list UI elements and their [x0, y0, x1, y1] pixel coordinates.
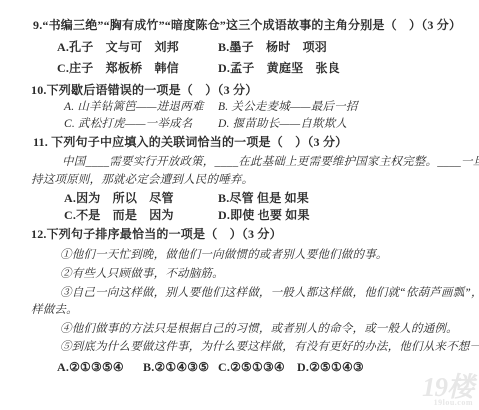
q11-stem: 11. 下列句子中应填入的关联词恰当的一项是（ ）（3 分）: [33, 136, 347, 150]
q11-option-b: B.尽管 但是 如果: [218, 192, 309, 206]
q12-sentence-1: ①他们一天忙到晚，做他们一向做惯的或者别人要他们做的事。: [60, 249, 388, 262]
q10-option-a: A. 山羊钻篱笆——进退两难: [64, 101, 204, 114]
exam-paper-page: 9.“书编三绝”“胸有成竹”“暗度陈仓”这三个成语故事的主角分别是（ ）（3 分…: [0, 0, 479, 410]
q12-option-b: B.②①④③⑤: [143, 361, 209, 375]
q11-option-c: C.不是 而是 因为: [64, 209, 174, 223]
q9-stem: 9.“书编三绝”“胸有成竹”“暗度陈仓”这三个成语故事的主角分别是（ ）（3 分…: [33, 19, 461, 33]
q9-option-a: A.孔子 文与可 刘邦: [57, 41, 179, 55]
q9-option-d: D.孟子 黄庭坚 张良: [218, 62, 340, 76]
q10-stem: 10.下列歇后语错误的一项是（ ）（3 分）: [31, 84, 257, 98]
q11-option-d: D.即使 也要 如果: [218, 209, 310, 223]
watermark-19lou-logo: 19楼 19lou.com: [422, 375, 473, 406]
q10-option-d: D. 揠苗助长——自欺欺人: [218, 118, 347, 131]
q12-sentence-3: ③自己一向这样做，别人要他们这样做，一般人都这样做，他们就“依葫芦画瓢”，照: [60, 287, 479, 300]
q12-stem: 12.下列句子排序最恰当的一项是（ ）（3 分）: [31, 228, 282, 242]
q10-option-c: C. 武松打虎——一举成名: [64, 118, 192, 131]
q12-sentence-3-continued: 样做去。: [31, 304, 78, 317]
q12-option-c: C.②⑤①③④: [218, 361, 285, 375]
q12-sentence-4: ④他们做事的方法只是根据自己的习惯，或者别人的命令，或一般人的通例。: [60, 323, 458, 336]
q12-option-d: D.②⑤①④③: [297, 361, 364, 375]
q10-option-b: B. 关公走麦城——最后一招: [218, 101, 358, 114]
watermark-title: 19楼: [422, 375, 473, 399]
q12-option-a: A.②①③⑤④: [57, 361, 124, 375]
q9-option-c: C.庄子 郑板桥 韩信: [57, 62, 179, 76]
q9-option-b: B.墨子 杨时 项羽: [218, 41, 327, 55]
q11-passage-line1: 中国____需要实行开放政策，____在此基础上更需要维护国家主权完整。____…: [62, 156, 479, 169]
q12-sentence-5: ⑤到底为什么要做这件事，为什么要这样做，有没有更好的办法，他们从来不想一想。: [60, 341, 479, 354]
q11-passage-line2: 持这项原则，那就必定会遭到人民的唾弃。: [31, 174, 253, 187]
q12-sentence-2: ②有些人只顾做事，不动脑筋。: [60, 268, 224, 281]
q11-option-a: A.因为 所以 尽管: [64, 192, 174, 206]
